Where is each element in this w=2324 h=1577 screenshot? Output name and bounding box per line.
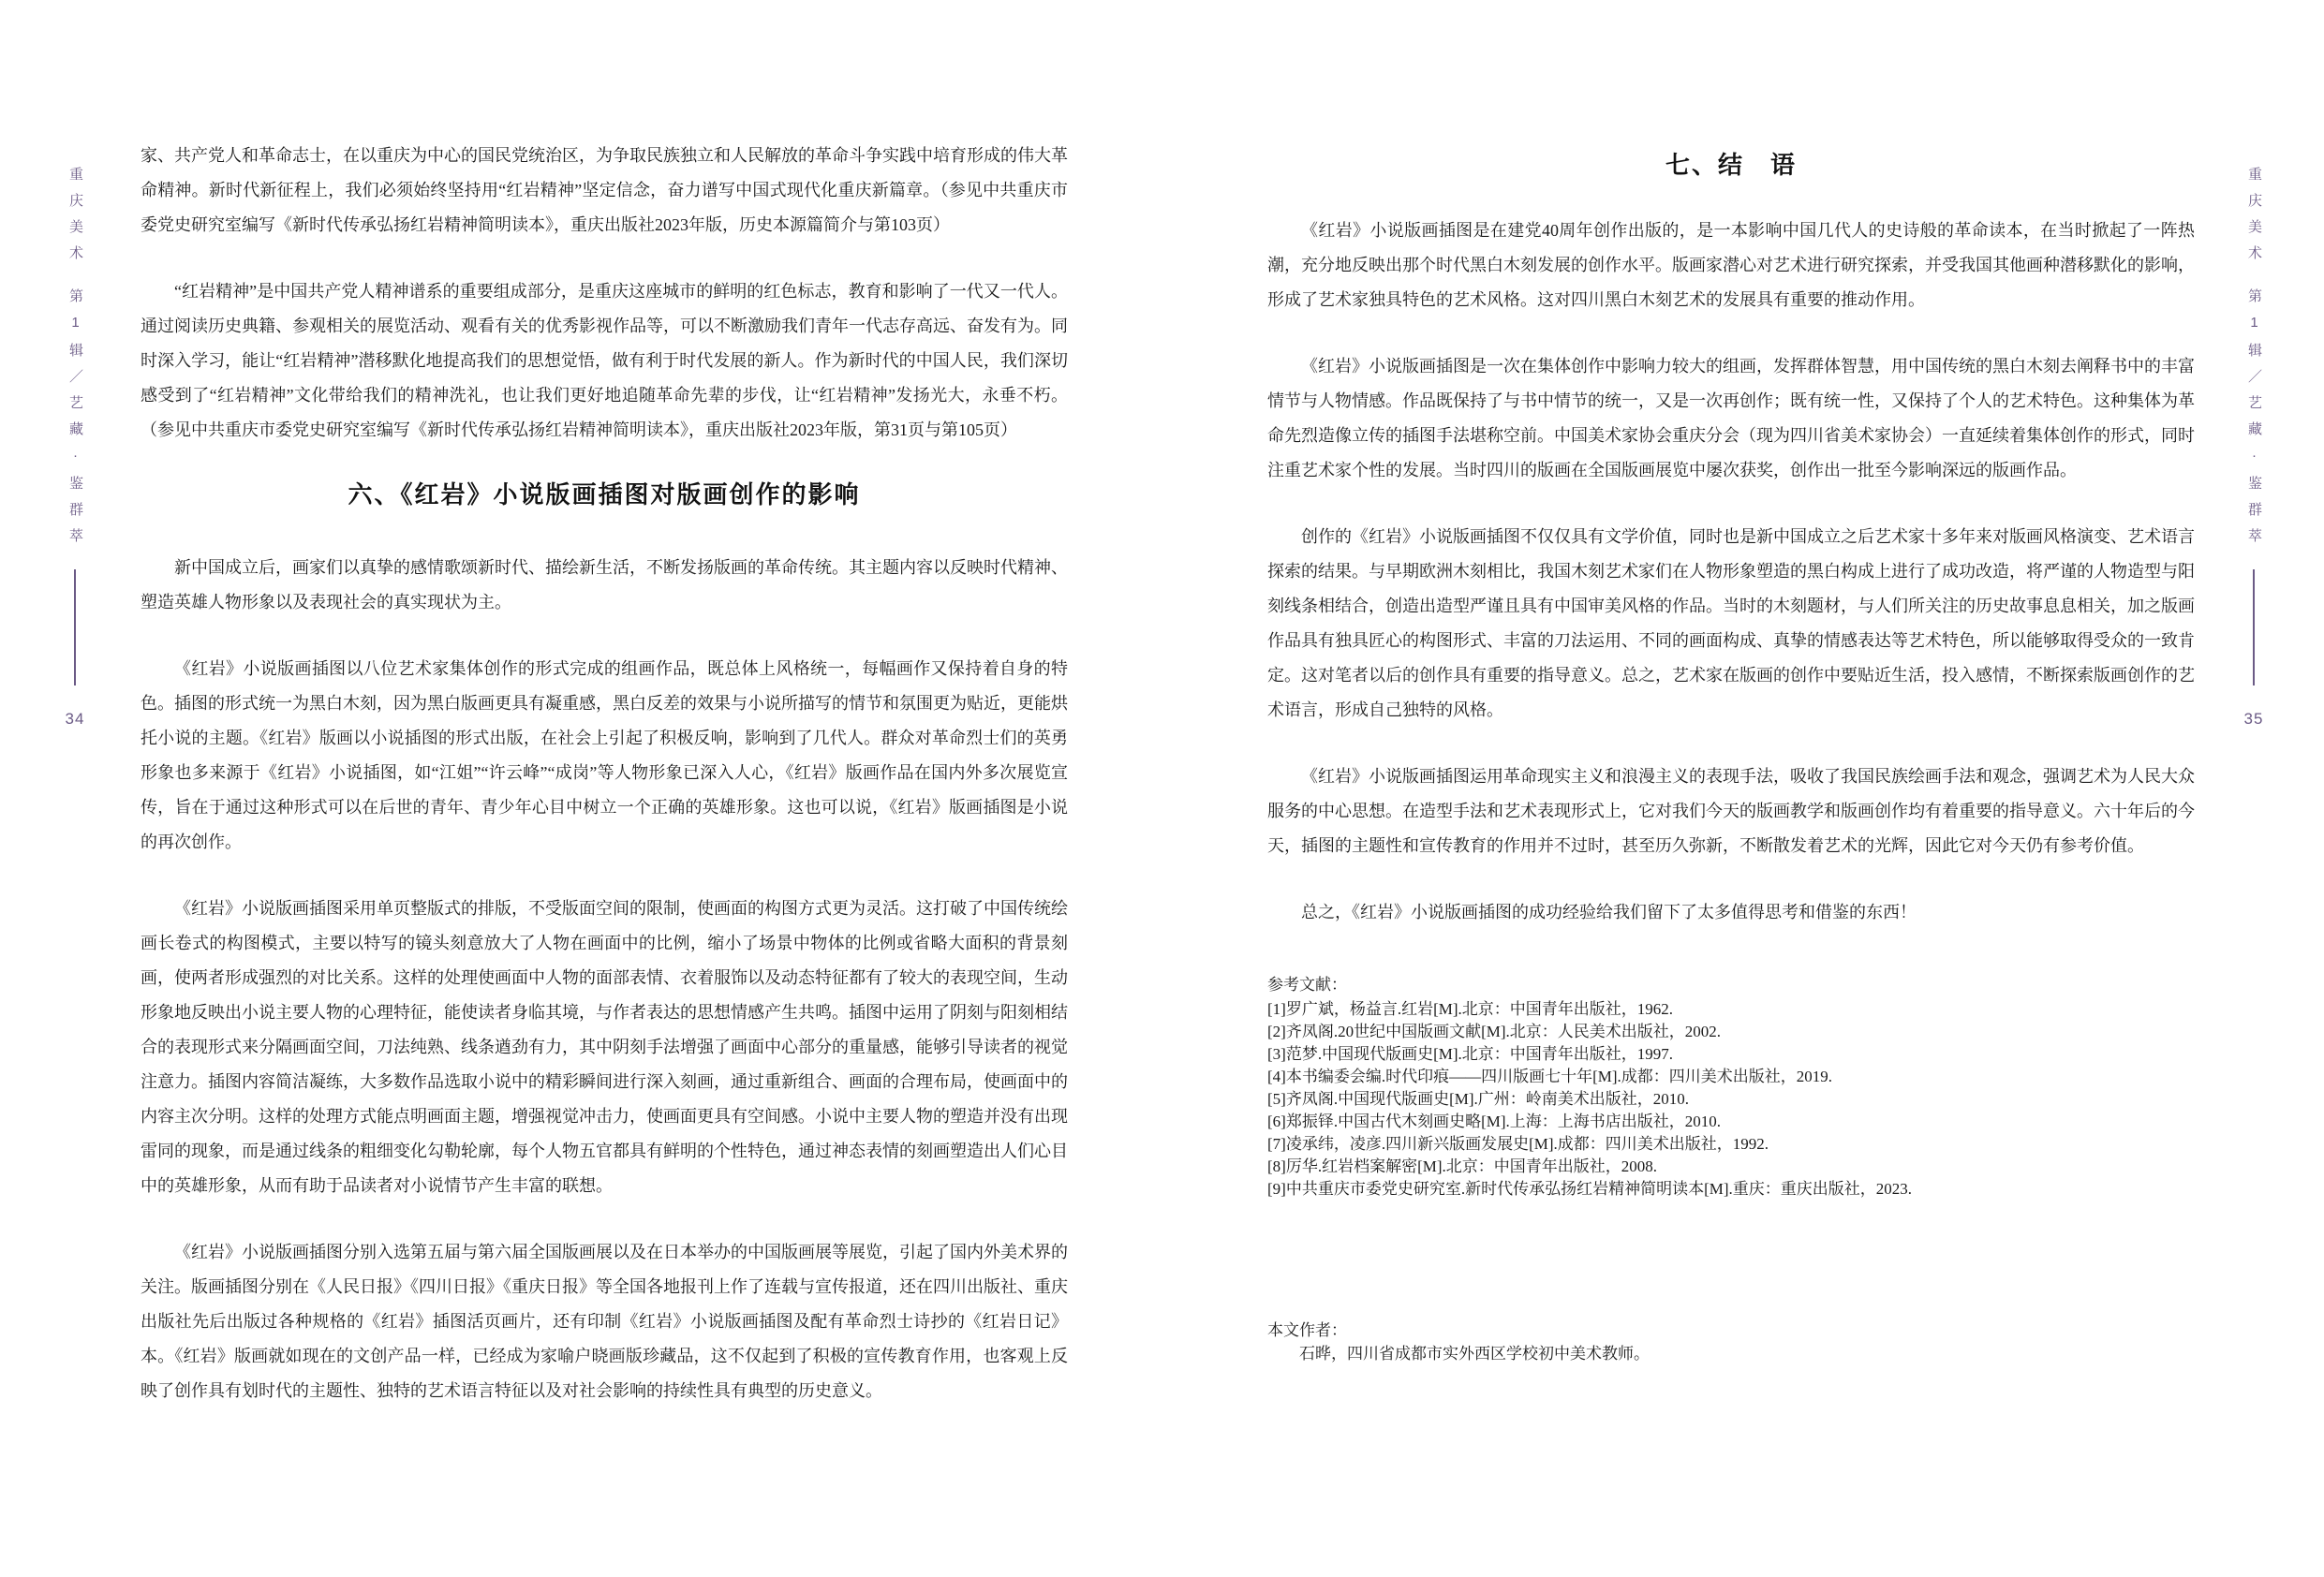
sidebar-rule [2253, 569, 2255, 685]
paragraph: 总之，《红岩》小说版画插图的成功经验给我们留下了太多值得思考和借鉴的东西！ [1267, 895, 2195, 930]
paragraph: 新中国成立后，画家们以真挚的感情歌颂新时代、描绘新生活，不断发扬版画的革命传统。… [141, 551, 1068, 620]
reference-item: [8]厉华.红岩档案解密[M].北京：中国青年出版社，2008. [1267, 1156, 2195, 1178]
author-section: 本文作者： 石晔，四川省成都市实外西区学校初中美术教师。 [1267, 1319, 2195, 1365]
paragraph: 《红岩》小说版画插图分别入选第五届与第六届全国版画展以及在日本举办的中国版画展等… [141, 1235, 1068, 1408]
author-label: 本文作者： [1267, 1319, 2195, 1342]
paragraph: 《红岩》小说版画插图以八位艺术家集体创作的形式完成的组画作品，既总体上风格统一，… [141, 652, 1068, 860]
section-heading-seven: 七、结 语 [1267, 150, 2195, 180]
reference-item: [7]凌承纬，凌彦.四川新兴版画发展史[M].成都：四川美术出版社，1992. [1267, 1133, 2195, 1156]
section-heading-six: 六、《红岩》小说版画插图对版画创作的影响 [141, 479, 1068, 509]
paragraph: 家、共产党人和革命志士，在以重庆为中心的国民党统治区，为争取民族独立和人民解放的… [141, 139, 1068, 243]
reference-item: [5]齐凤阁.中国现代版画史[M].广州：岭南美术出版社，2010. [1267, 1088, 2195, 1111]
references-section: 参考文献： [1]罗广斌，杨益言.红岩[M].北京：中国青年出版社，1962. … [1267, 974, 2195, 1201]
left-page-number: 34 [66, 710, 85, 729]
series-title: 重庆美术 [2246, 167, 2262, 272]
series-title: 重庆美术 [67, 167, 83, 272]
paragraph: “红岩精神”是中国共产党人精神谱系的重要组成部分，是重庆这座城市的鲜明的红色标志… [141, 274, 1068, 448]
paragraph: 创作的《红岩》小说版画插图不仅仅具有文学价值，同时也是新中国成立之后艺术家十多年… [1267, 520, 2195, 728]
paragraph: 《红岩》小说版画插图是一次在集体创作中影响力较大的组画，发挥群体智慧，用中国传统… [1267, 349, 2195, 488]
reference-item: [4]本书编委会编.时代印痕——四川版画七十年[M].成都：四川美术出版社，20… [1267, 1066, 2195, 1088]
left-page-text-column: 家、共产党人和革命志士，在以重庆为中心的国民党统治区，为争取民族独立和人民解放的… [141, 139, 1068, 1440]
author-text: 石晔，四川省成都市实外西区学校初中美术教师。 [1267, 1342, 2195, 1365]
sidebar-rule [74, 569, 76, 685]
reference-item: [9]中共重庆市委党史研究室.新时代传承弘扬红岩精神简明读本[M].重庆：重庆出… [1267, 1178, 2195, 1201]
paragraph: 《红岩》小说版画插图采用单页整版式的排版，不受版面空间的限制，使画面的构图方式更… [141, 892, 1068, 1203]
series-vertical-title: 重庆美术第1辑／艺藏·鉴群萃 [58, 167, 92, 554]
book-spread: 重庆美术第1辑／艺藏·鉴群萃 34 家、共产党人和革命志士，在以重庆为中心的国民… [0, 0, 2324, 1577]
volume-info: 第1辑／艺藏·鉴群萃 [67, 288, 83, 554]
paragraph: 《红岩》小说版画插图运用革命现实主义和浪漫主义的表现手法，吸收了我国民族绘画手法… [1267, 759, 2195, 863]
reference-item: [1]罗广斌，杨益言.红岩[M].北京：中国青年出版社，1962. [1267, 998, 2195, 1021]
reference-item: [6]郑振铎.中国古代木刻画史略[M].上海：上海书店出版社，2010. [1267, 1111, 2195, 1133]
reference-item: [2]齐凤阁.20世纪中国版画文献[M].北京：人民美术出版社，2002. [1267, 1021, 2195, 1043]
paragraph: 《红岩》小说版画插图是在建党40周年创作出版的，是一本影响中国几代人的史诗般的革… [1267, 214, 2195, 317]
right-page-margin-sidebar: 重庆美术第1辑／艺藏·鉴群萃 35 [2237, 167, 2271, 729]
volume-info: 第1辑／艺藏·鉴群萃 [2246, 288, 2262, 554]
right-page-number: 35 [2244, 710, 2264, 729]
reference-item: [3]范梦.中国现代版画史[M].北京：中国青年出版社，1997. [1267, 1043, 2195, 1066]
left-page-margin-sidebar: 重庆美术第1辑／艺藏·鉴群萃 34 [58, 167, 92, 729]
references-title: 参考文献： [1267, 974, 2195, 996]
right-page-text-column: 七、结 语 《红岩》小说版画插图是在建党40周年创作出版的，是一本影响中国几代人… [1267, 139, 2195, 962]
series-vertical-title: 重庆美术第1辑／艺藏·鉴群萃 [2237, 167, 2271, 554]
